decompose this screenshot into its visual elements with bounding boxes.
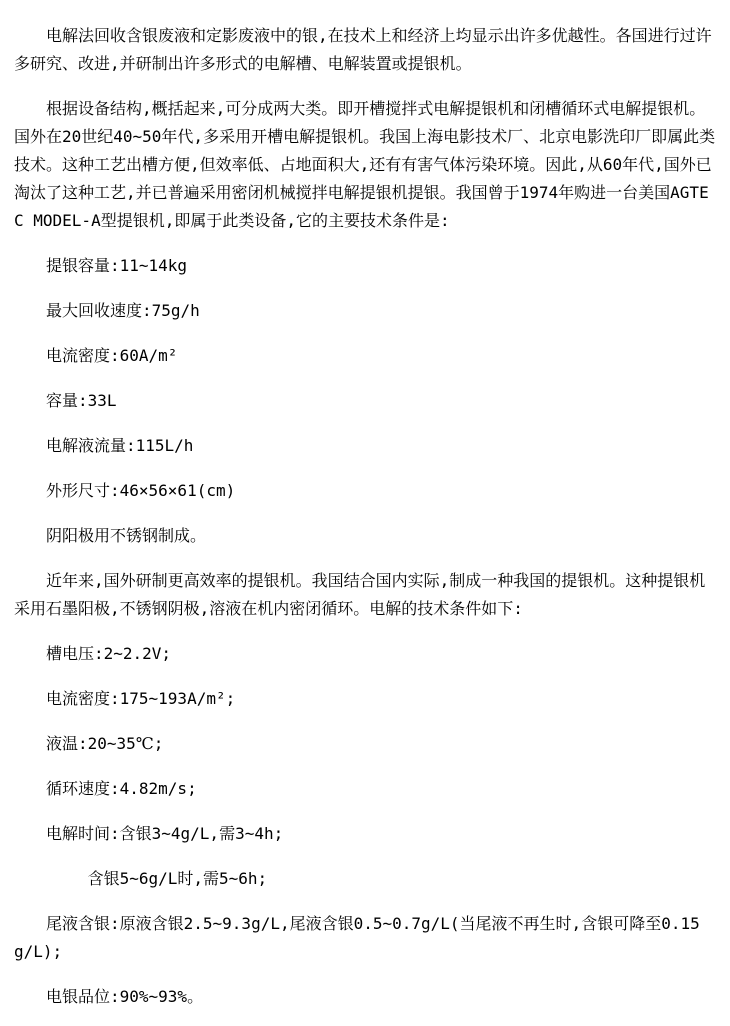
spec-electrolysis-time: 电解时间:含银3~4g/L,需3~4h; [14, 820, 716, 848]
spec-cell-voltage: 槽电压:2~2.2V; [14, 640, 716, 668]
spec-current-density-2: 电流密度:175~193A/m²; [14, 685, 716, 713]
spec-capacity: 容量:33L [14, 387, 716, 415]
paragraph-electrodes: 阴阳极用不锈钢制成。 [14, 522, 716, 550]
spec-tail-liquid-silver: 尾液含银:原液含银2.5~9.3g/L,尾液含银0.5~0.7g/L(当尾液不再… [14, 910, 716, 966]
spec-electrolysis-time-continued: 含银5~6g/L时,需5~6h; [14, 865, 716, 893]
spec-current-density: 电流密度:60A/m² [14, 342, 716, 370]
document-page: 电解法回收含银废液和定影废液中的银,在技术上和经济上均显示出许多优越性。各国进行… [0, 0, 730, 1026]
spec-silver-grade: 电银品位:90%~93%。 [14, 983, 716, 1011]
paragraph-domestic-machine: 近年来,国外研制更高效率的提银机。我国结合国内实际,制成一种我国的提银机。这种提… [14, 567, 716, 623]
spec-electrolyte-flow: 电解液流量:115L/h [14, 432, 716, 460]
spec-max-recovery-rate: 最大回收速度:75g/h [14, 297, 716, 325]
spec-circulation-speed: 循环速度:4.82m/s; [14, 775, 716, 803]
paragraph-intro: 电解法回收含银废液和定影废液中的银,在技术上和经济上均显示出许多优越性。各国进行… [14, 22, 716, 78]
paragraph-equipment-types: 根据设备结构,概括起来,可分成两大类。即开槽搅拌式电解提银机和闭槽循环式电解提银… [14, 95, 716, 235]
spec-silver-capacity: 提银容量:11~14kg [14, 252, 716, 280]
spec-dimensions: 外形尺寸:46×56×61(cm) [14, 477, 716, 505]
spec-temperature: 液温:20~35℃; [14, 730, 716, 758]
